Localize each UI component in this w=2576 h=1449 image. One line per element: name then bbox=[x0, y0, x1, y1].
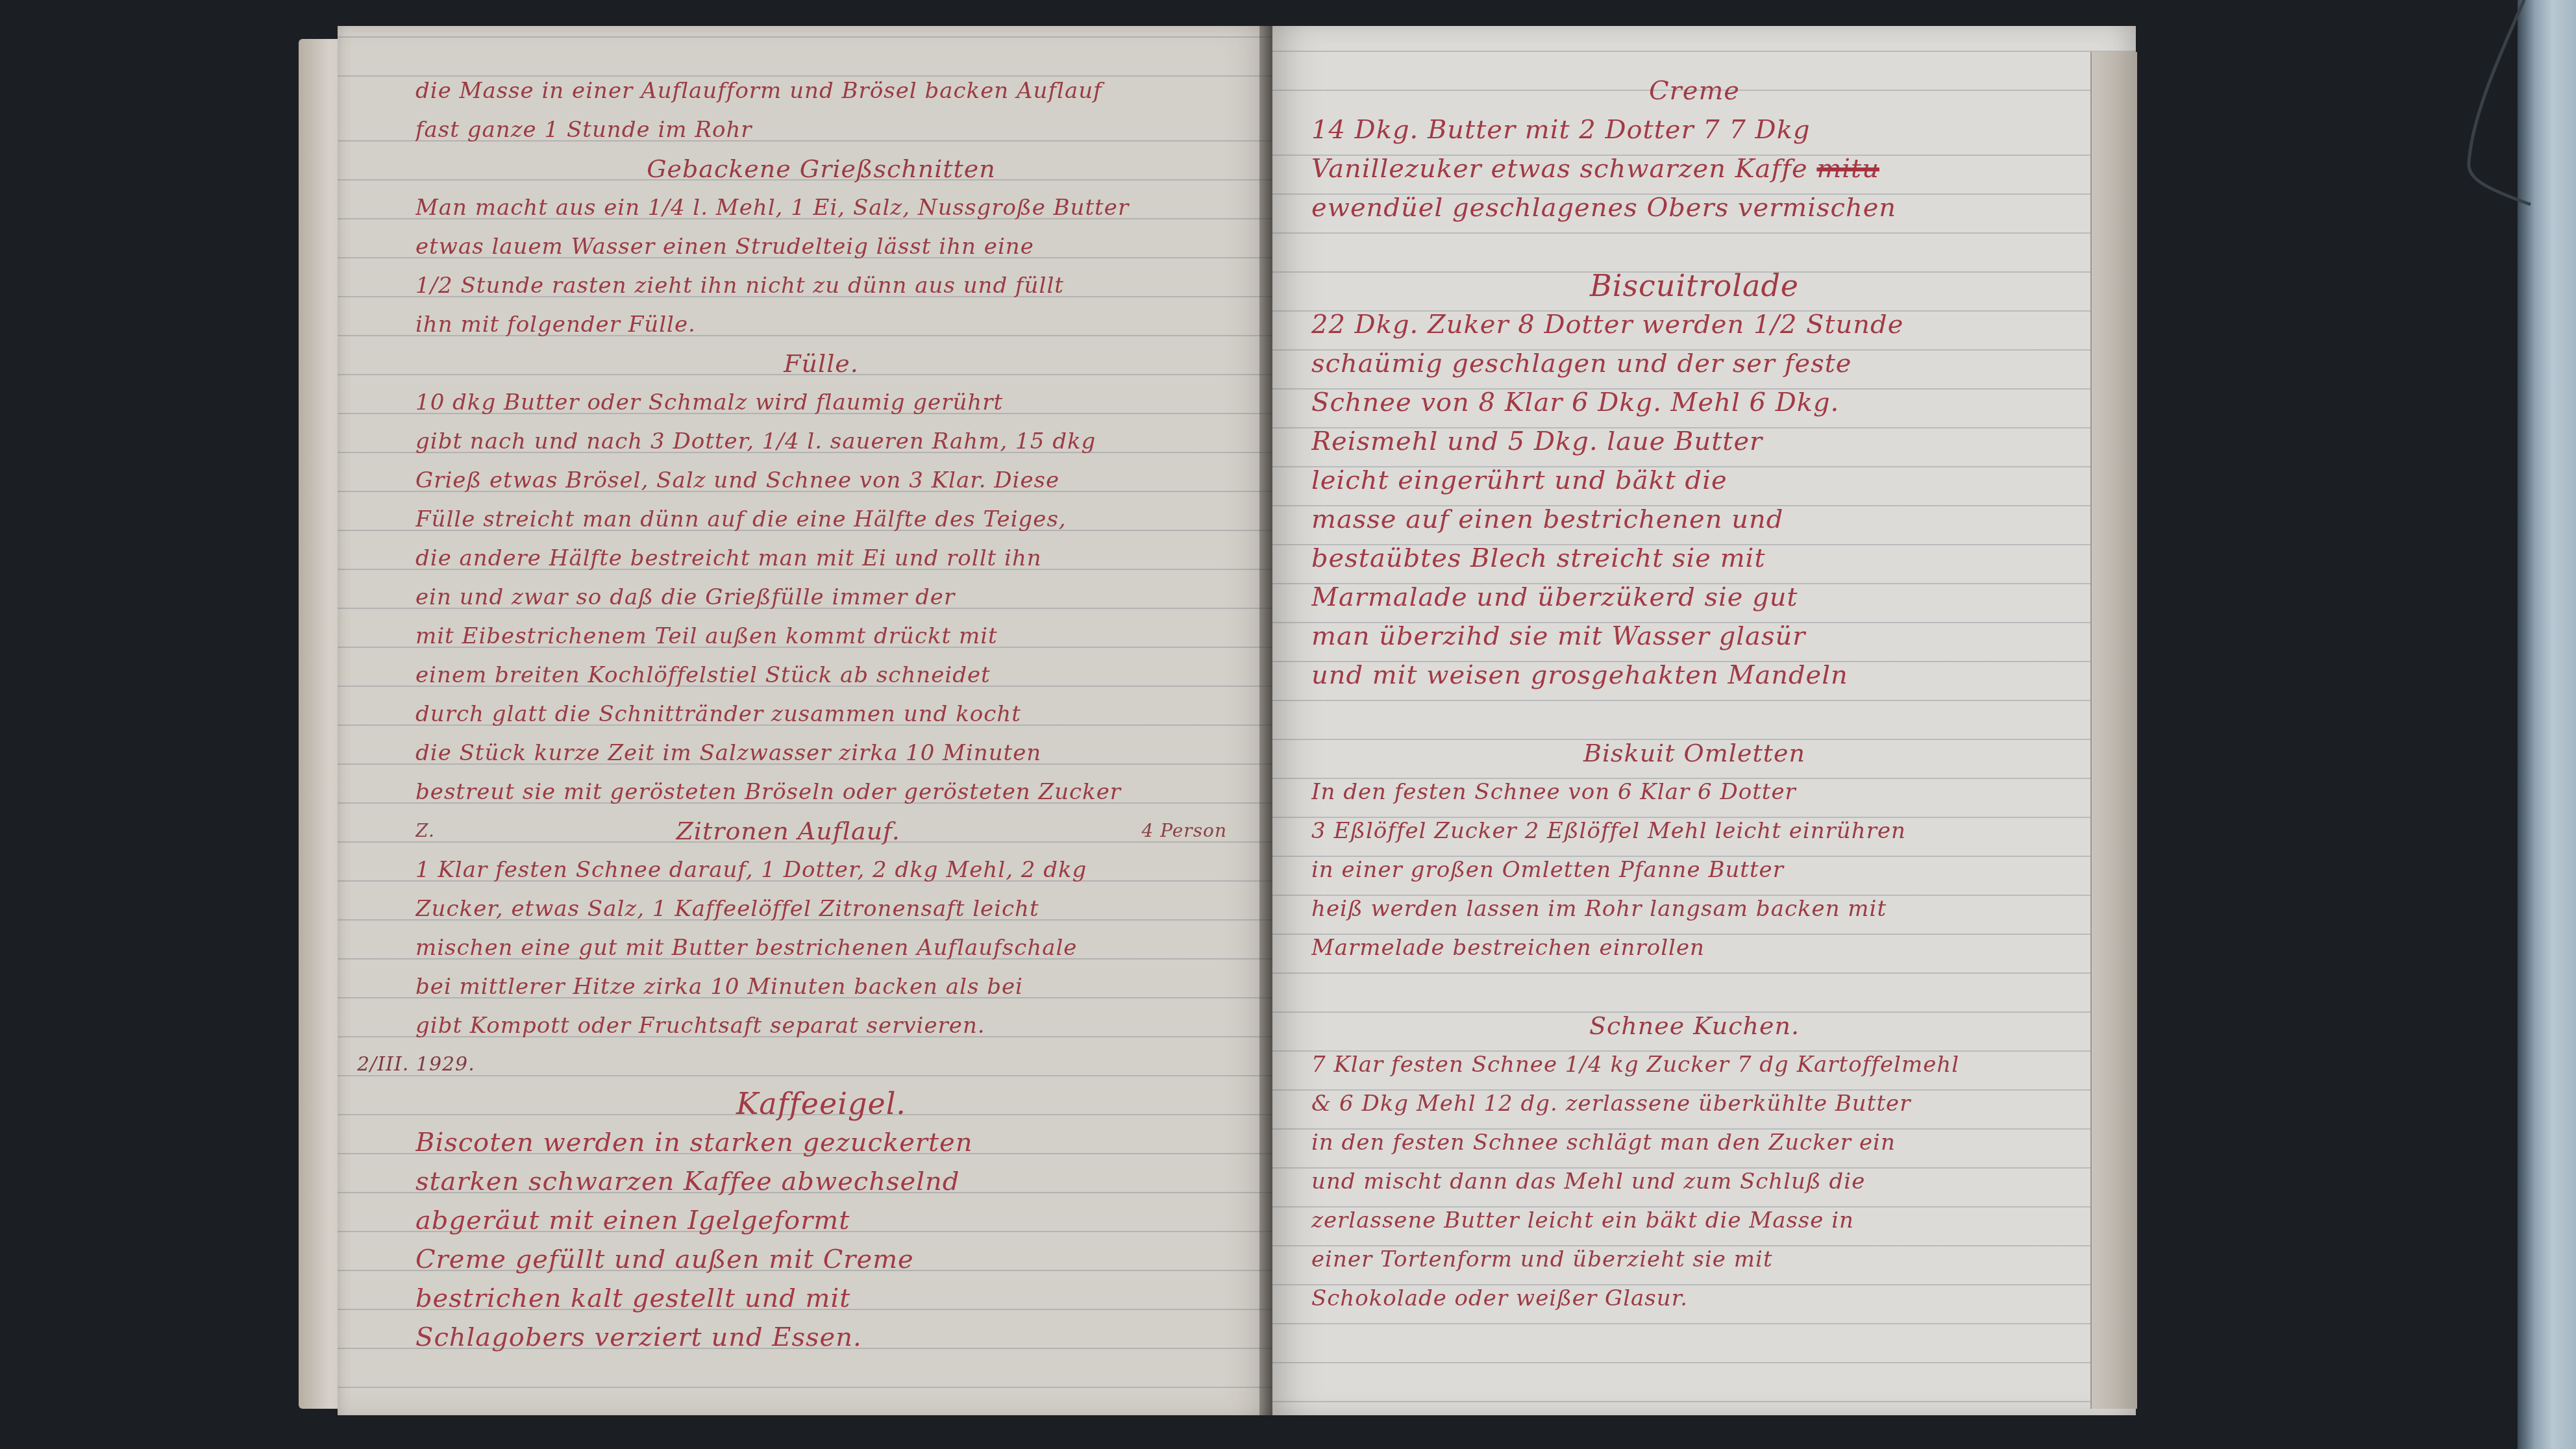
text-line: ewendüel geschlagenes Obers vermischen bbox=[1311, 188, 2077, 227]
text-line: Fülle streicht man dünn auf die eine Häl… bbox=[415, 500, 1227, 539]
text-line: und mit weisen grosgehakten Mandeln bbox=[1311, 656, 2077, 695]
text-line: bei mittlerer Hitze zirka 10 Minuten bac… bbox=[415, 967, 1227, 1006]
text-line: Schnee von 8 Klar 6 Dkg. Mehl 6 Dkg. bbox=[1311, 383, 2077, 422]
text-line: Schlagobers verziert und Essen. bbox=[415, 1318, 1227, 1357]
text-line: Schokolade oder weißer Glasur. bbox=[1311, 1279, 2077, 1318]
spacer bbox=[1311, 695, 2077, 734]
text-line: ein und zwar so daß die Grießfülle immer… bbox=[415, 578, 1227, 617]
text-line: Grieß etwas Brösel, Salz und Schnee von … bbox=[415, 461, 1227, 500]
text-line: 1 Klar festen Schnee darauf, 1 Dotter, 2… bbox=[415, 850, 1227, 889]
text-line: 1/2 Stunde rasten zieht ihn nicht zu dün… bbox=[415, 266, 1227, 305]
recipe-title: Biscuitrolade bbox=[1311, 266, 2077, 305]
photo-scene: die Masse in einer Auflaufform und Bröse… bbox=[0, 0, 2576, 1449]
text-line: ihn mit folgender Fülle. bbox=[415, 305, 1227, 344]
text-line: fast ganze 1 Stunde im Rohr bbox=[415, 110, 1227, 149]
open-notebook: die Masse in einer Auflaufform und Bröse… bbox=[299, 26, 2136, 1422]
text-line: schaümig geschlagen und der ser feste bbox=[1311, 344, 2077, 383]
recipe-title: Creme bbox=[1311, 71, 2077, 110]
text-line: einer Tortenform und überzieht sie mit bbox=[1311, 1240, 2077, 1279]
recipe-title-row: Z. Zitronen Auflauf. 4 Person bbox=[415, 811, 1227, 850]
text-line: bestaübtes Blech streicht sie mit bbox=[1311, 539, 2077, 578]
recipe-title: Zitronen Auflauf. bbox=[676, 811, 900, 850]
text-line: Biscoten werden in starken gezuckerten bbox=[415, 1123, 1227, 1162]
text-line: starken schwarzen Kaffee abwechselnd bbox=[415, 1162, 1227, 1201]
text-line: durch glatt die Schnittränder zusammen u… bbox=[415, 695, 1227, 734]
text-line: die andere Hälfte bestreicht man mit Ei … bbox=[415, 539, 1227, 578]
text-line: gibt Kompott oder Fruchtsaft separat ser… bbox=[415, 1006, 1227, 1045]
text-line: leicht eingerührt und bäkt die bbox=[1311, 461, 2077, 500]
text-line: die Masse in einer Auflaufform und Bröse… bbox=[415, 71, 1227, 110]
text-line: Zucker, etwas Salz, 1 Kaffeelöffel Zitro… bbox=[415, 889, 1227, 928]
text-line: heiß werden lassen im Rohr langsam backe… bbox=[1311, 889, 2077, 928]
cable-icon bbox=[2459, 0, 2537, 214]
recipe-title: Gebackene Grießschnitten bbox=[415, 149, 1227, 188]
text-line: 10 dkg Butter oder Schmalz wird flaumig … bbox=[415, 383, 1227, 422]
text-line: 14 Dkg. Butter mit 2 Dotter 7 7 Dkg bbox=[1311, 110, 2077, 149]
text-line: die Stück kurze Zeit im Salzwasser zirka… bbox=[415, 734, 1227, 773]
text-line: zerlassene Butter leicht ein bäkt die Ma… bbox=[1311, 1201, 2077, 1240]
text-line: in einer großen Omletten Pfanne Butter bbox=[1311, 850, 2077, 889]
spacer bbox=[1311, 967, 2077, 1006]
text-line: gibt nach und nach 3 Dotter, 1/4 l. saue… bbox=[415, 422, 1227, 461]
text-line: Marmalade und überzükerd sie gut bbox=[1311, 578, 2077, 617]
text-line: Reismehl und 5 Dkg. laue Butter bbox=[1311, 422, 2077, 461]
text-line: Vanillezuker etwas schwarzen Kaffe mitu bbox=[1311, 149, 2077, 188]
text-fragment: Vanillezuker etwas schwarzen Kaffe bbox=[1311, 154, 1808, 184]
servings-note: 4 Person bbox=[1141, 811, 1227, 850]
text-line: 7 Klar festen Schnee 1/4 kg Zucker 7 dg … bbox=[1311, 1045, 2077, 1084]
background-light-edge bbox=[2518, 0, 2576, 1449]
text-line: 3 Eßlöffel Zucker 2 Eßlöffel Mehl leicht… bbox=[1311, 811, 2077, 850]
text-line: Man macht aus ein 1/4 l. Mehl, 1 Ei, Sal… bbox=[415, 188, 1227, 227]
text-line: mischen eine gut mit Butter bestrichenen… bbox=[415, 928, 1227, 967]
margin-note: Z. bbox=[415, 811, 435, 850]
left-page-text: die Masse in einer Auflaufform und Bröse… bbox=[415, 71, 1227, 1357]
recipe-title: Fülle. bbox=[415, 344, 1227, 383]
text-line: In den festen Schnee von 6 Klar 6 Dotter bbox=[1311, 773, 2077, 811]
text-line: einem breiten Kochlöffelstiel Stück ab s… bbox=[415, 656, 1227, 695]
struck-word: mitu bbox=[1816, 154, 1879, 184]
recipe-title: Schnee Kuchen. bbox=[1311, 1006, 2077, 1045]
text-line: Creme gefüllt und außen mit Creme bbox=[415, 1240, 1227, 1279]
text-line: man überzihd sie mit Wasser glasür bbox=[1311, 617, 2077, 656]
text-line: & 6 Dkg Mehl 12 dg. zerlassene überkühlt… bbox=[1311, 1084, 2077, 1123]
text-line: Marmelade bestreichen einrollen bbox=[1311, 928, 2077, 967]
text-line: bestrichen kalt gestellt und mit bbox=[415, 1279, 1227, 1318]
text-line: mit Eibestrichenem Teil außen kommt drüc… bbox=[415, 617, 1227, 656]
recipe-title: Biskuit Omletten bbox=[1311, 734, 2077, 773]
text-line: etwas lauem Wasser einen Strudelteig läs… bbox=[415, 227, 1227, 266]
text-line: 22 Dkg. Zuker 8 Dotter werden 1/2 Stunde bbox=[1311, 305, 2077, 344]
text-line: und mischt dann das Mehl und zum Schluß … bbox=[1311, 1162, 2077, 1201]
text-line: masse auf einen bestrichenen und bbox=[1311, 500, 2077, 539]
right-page-text: Creme 14 Dkg. Butter mit 2 Dotter 7 7 Dk… bbox=[1311, 71, 2077, 1318]
text-line: bestreut sie mit gerösteten Bröseln oder… bbox=[415, 773, 1227, 811]
entry-date: 2/III. 1929. bbox=[357, 1045, 1169, 1084]
recipe-title: Kaffeeigel. bbox=[415, 1084, 1227, 1123]
spacer bbox=[1311, 227, 2077, 266]
right-page-stack-edge bbox=[2090, 52, 2137, 1409]
text-line: abgeräut mit einen Igelgeformt bbox=[415, 1201, 1227, 1240]
text-line: in den festen Schnee schlägt man den Zuc… bbox=[1311, 1123, 2077, 1162]
